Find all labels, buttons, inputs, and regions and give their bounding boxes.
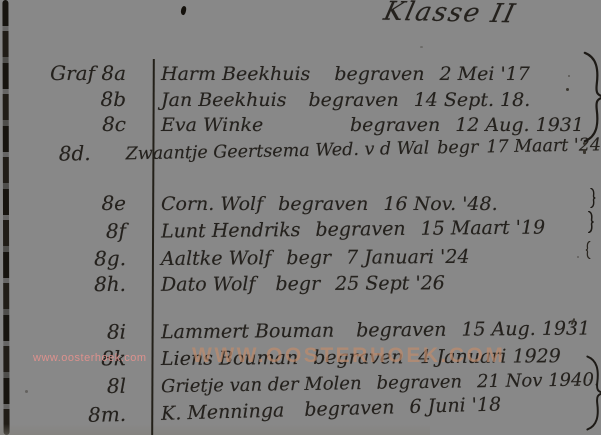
entry-action: begraven	[278, 193, 368, 215]
grave-label: 8b	[0, 87, 150, 111]
entry-name: Grietje van der Molen	[161, 373, 362, 397]
entry-action: begraven	[315, 218, 405, 241]
ink-speck	[577, 256, 579, 258]
ink-speck	[583, 149, 586, 154]
register-row: 8b Jan Beekhuisbegraven14 Sept. 18.	[0, 87, 601, 111]
ink-speck	[420, 46, 423, 48]
register-row: 8g. Aaltke Wolfbegr7 Januari '24	[0, 243, 601, 271]
grave-label: 8d.	[0, 141, 115, 167]
entry-date: 7 Januari '24	[346, 246, 470, 269]
entry-action: begraven	[309, 89, 399, 111]
register-row: 8d. Zwaantje Geertsema Wed. v d Walbegr1…	[0, 131, 601, 167]
ink-speck	[589, 379, 591, 381]
small-curly-brace-icon	[585, 188, 601, 208]
small-curly-brace-icon	[583, 211, 599, 233]
register-row: 8i Lammert Boumanbegraven15 Aug. 1931	[0, 315, 601, 344]
register-row: Graf 8a Harm Beekhuisbegraven2 Mei '17	[0, 61, 601, 85]
watermark-large-url: WWW.OOSTERHOEK.COM	[192, 344, 505, 368]
entry-action: begraven	[356, 319, 446, 342]
small-curly-brace-icon	[582, 241, 594, 259]
grave-label: 8h.	[0, 272, 150, 297]
grave-label: 8l	[0, 373, 150, 399]
entry-name: Dato Wolf	[161, 273, 256, 295]
entry-name: Jan Beekhuis	[161, 89, 287, 111]
ink-speck	[25, 390, 28, 393]
ink-speck	[583, 142, 586, 145]
entry-action: begraven	[304, 396, 395, 421]
grave-label: 8c	[0, 112, 150, 136]
grave-label: 8m.	[0, 401, 150, 429]
register-row: 8f Lunt Hendriksbegraven15 Maart '19	[0, 214, 601, 244]
entry-date: 2 Mei '17	[440, 63, 530, 85]
register-row: 8e Corn. Wolfbegraven16 Nov. '48.	[0, 191, 601, 215]
entry-date: 6 Juni '18	[409, 393, 501, 418]
entry-action: begr	[437, 138, 479, 159]
curly-brace-icon	[580, 355, 601, 431]
register-row: 8h. Dato Wolfbegr25 Sept '26	[0, 269, 601, 296]
entry-action: begr	[286, 247, 331, 269]
grave-label: Graf 8a	[0, 61, 150, 85]
ink-speck	[566, 88, 569, 91]
entry-name: Corn. Wolf	[161, 193, 263, 215]
curly-brace-icon	[579, 51, 601, 143]
grave-label: 8i	[0, 319, 150, 344]
entry-action: begr	[275, 273, 320, 295]
entry-date: 16 Nov. '48.	[383, 193, 497, 215]
grave-label: 8g.	[0, 246, 150, 271]
entry-name: Lammert Bouman	[161, 320, 334, 344]
entry-date: 15 Maart '19	[420, 216, 545, 239]
entry-date: 14 Sept. 18.	[414, 89, 531, 111]
entry-action: begraven	[376, 371, 462, 393]
entry-action: begraven	[350, 114, 440, 136]
entry-date: 25 Sept '26	[335, 272, 445, 295]
entry-name: Aaltke Wolf	[161, 247, 272, 270]
ink-blot	[180, 6, 187, 16]
entry-name: Eva Winke	[161, 114, 335, 136]
entry-name: Harm Beekhuis	[161, 63, 310, 85]
grave-label: 8f	[0, 219, 150, 245]
entry-name: Zwaantje Geertsema Wed. v d Wal	[125, 139, 429, 165]
entry-name: Lunt Hendriks	[161, 219, 301, 242]
grave-label: 8e	[0, 191, 150, 215]
ink-speck	[568, 75, 570, 77]
scanned-register-page: Klasse II Graf 8a Harm Beekhuisbegraven2…	[0, 0, 601, 435]
watermark-small-url: www.oosterhoek.com	[33, 352, 147, 364]
entry-name: K. Menninga	[161, 399, 285, 424]
entry-action: begraven	[334, 63, 424, 85]
page-title: Klasse II	[381, 0, 520, 29]
